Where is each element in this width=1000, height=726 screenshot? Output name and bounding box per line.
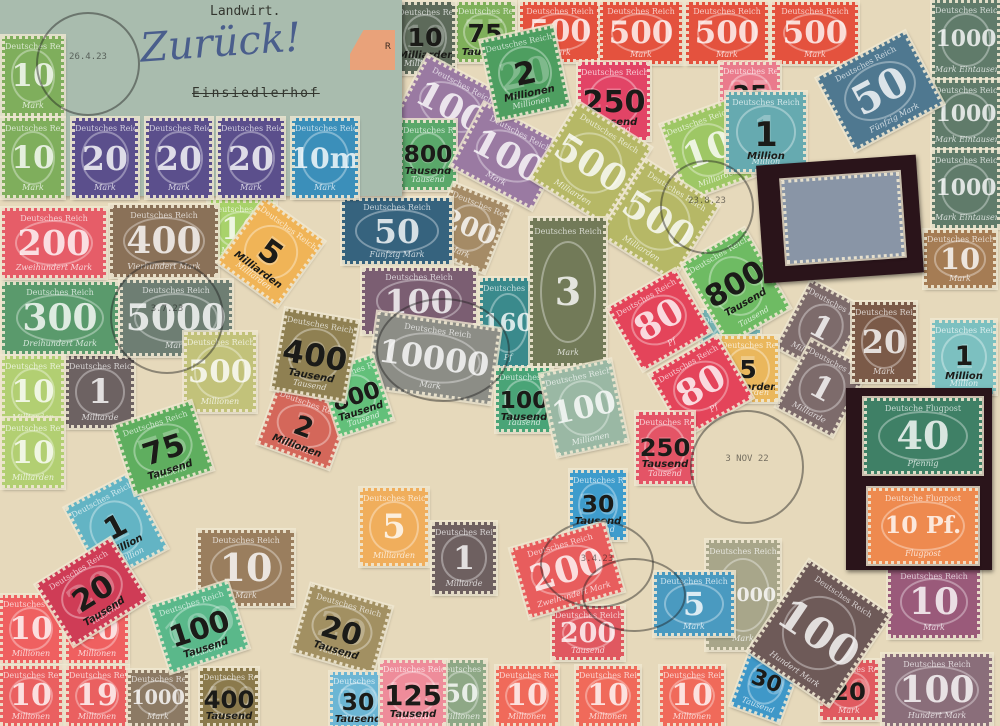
stamp: Deutsches Reich125Tausend125Tausend [380, 660, 446, 726]
stamp-denomination: Millionen [69, 649, 125, 658]
stamp-value: 10 [11, 377, 54, 408]
stamp-denomination: Millionen [499, 712, 555, 721]
stamp-country: Deutsches Reich [187, 338, 253, 347]
stamp-value: 1 [88, 375, 112, 409]
stamp-country: Deutsches Reich [483, 284, 533, 293]
stamp-value: 10 Pf. [885, 514, 961, 538]
stamp-denomination: Vierhundert Mark [113, 262, 215, 271]
struck-address: Einsiedlerhof [192, 86, 320, 101]
stamp: Deutsches Reich100Millionen [540, 359, 628, 456]
stamp-country: Deutsches Reich [113, 211, 215, 220]
stamp: Deutsches Reich200Zweihundert Mark [2, 208, 106, 278]
stamp-denomination: Mark Eintausend [935, 65, 997, 74]
stamp-country: Deutsches Reich [581, 68, 647, 77]
stamp: Deutsches Reich10Millionen [496, 666, 558, 726]
stamp-denomination: Millionen [579, 712, 637, 721]
stamp-value: 1000 [935, 178, 996, 200]
stamp-country: Deutsches Reich [149, 124, 209, 133]
stamp-value: 20 [82, 142, 128, 175]
stamp: Deutsches Reich10Millionen [0, 666, 62, 726]
stamp-value: 10 [11, 61, 54, 92]
stamp: Deutsches Reich1000Mark [128, 670, 188, 726]
stamp-denomination: Mark Eintausend [935, 135, 997, 144]
stamp-denomination: Millionen [3, 712, 59, 721]
stamp-country: Deutsches Reich [721, 341, 775, 350]
stamp-in-mount [781, 172, 905, 264]
stamp: Deutsches Reich10Millionen [660, 666, 724, 726]
surcharge-overprint: 800Tausend [403, 142, 453, 177]
stamp-denomination: Zweihundert Mark [5, 263, 103, 272]
surcharge-overprint: 20Tausend [50, 559, 142, 638]
surcharge-overprint: 30Tausend [333, 690, 383, 725]
stamp: Deutsches Reich100Hundert Mark [882, 654, 992, 726]
stamp: Deutsches Reich19Millionen [66, 666, 128, 726]
stamp-value: 40 [897, 417, 950, 455]
stamp-country: Deutsches Reich [398, 8, 452, 17]
stamp: Deutsches Reich400Vierhundert Mark [110, 205, 218, 277]
surcharge-overprint: 1Million [729, 117, 803, 163]
stamp-value: 500 [695, 18, 760, 49]
stamp-country: Deutsches Reich [295, 124, 355, 133]
stamp-value: 100 [385, 285, 454, 318]
stamp-country: Deutsches Reich [435, 528, 493, 537]
stamp-country: Deutsches Reich [69, 362, 131, 371]
stamp-value: 10 [671, 681, 713, 711]
stamp-country: Deutsches Reich [203, 673, 255, 682]
stamp-country: Deutsches Reich [5, 424, 61, 433]
stamp: Deutsches Reich20Mark [218, 118, 284, 198]
stamp: Deutsches Reich200Zweihundert Mark [510, 522, 624, 618]
stamp: Deutsches Reich1000Mark Eintausend [932, 150, 1000, 228]
stamp: Deutsches Reich10mMark [292, 118, 358, 198]
stamp-denomination: Mark [775, 50, 855, 59]
stamp-country: Deutsches Reich [935, 6, 997, 15]
stamp-denomination: Mark [5, 183, 61, 192]
stamp-value: 50 [374, 215, 420, 248]
stamp-value: 10 [11, 143, 54, 174]
stamp-value: 10 [909, 584, 959, 620]
stamp-value: 10m [292, 144, 358, 172]
stamp: Deutsches Reich10Mark [924, 230, 996, 288]
stamp-denomination: Milliarde [69, 413, 131, 422]
stamp-country: Deutsches Reich [5, 362, 61, 371]
stamp-country: Deutsches Reich [363, 494, 425, 503]
stamp-value: 19 [76, 681, 118, 711]
stamp-country: Deutsches Reich [639, 418, 691, 427]
stamp-denomination: Mark [855, 367, 913, 376]
stamp-denomination: Mark [131, 712, 185, 721]
stamp-country: Deutsches Reich [935, 326, 993, 335]
stamp-denomination: Mark [603, 50, 679, 59]
stamp-country: Deutsches Reich [533, 227, 603, 236]
stamp-denomination: Mark [533, 348, 603, 357]
stamp-country: Deutsches Reich [891, 572, 977, 581]
stamp: Deutsches Reich400Tausend400Tausend [200, 668, 258, 726]
stamp-country: Deutsches Reich [935, 156, 997, 165]
stamp-denomination: Mark Eintausend [935, 213, 997, 222]
stamp-denomination: Millionen [663, 712, 721, 721]
stamp-value: 300 [22, 300, 97, 336]
stamp: Deutsches Reich200Tausend [552, 606, 624, 660]
stamp-denomination: Milliarde [435, 579, 493, 588]
stamp-country: Deutsches Reich [123, 286, 229, 295]
stamp-country: Deutsches Reich [131, 675, 185, 684]
stamp: Deutsches Reich30Tausend30Tausend [330, 672, 386, 726]
stamp-value: 200 [17, 226, 90, 261]
stamp-value: 20 [156, 142, 202, 175]
stamp: Deutsches Reich1000Mark Eintausend [932, 80, 1000, 150]
stamp-value: 5000 [126, 300, 227, 336]
stamp-country: Deutsches Reich [5, 124, 61, 133]
stamp: Deutsches Reich300Dreihundert Mark [2, 282, 118, 354]
stamp: Deutsches Reich500Millionen [184, 332, 256, 412]
stamp-denomination: Mark [221, 183, 281, 192]
surcharge-overprint: 400Tausend [203, 687, 255, 723]
stamp-denomination: Millionen [3, 649, 59, 658]
surcharge-overprint: 100Tausend [499, 388, 549, 423]
stamp-country: Deutsche Flugpost [871, 494, 975, 503]
stamp-country: Deutsches Reich [221, 124, 281, 133]
stamp-denomination: Milliarden [5, 473, 61, 482]
stamp: Deutsches Reich20Mark [146, 118, 212, 198]
stamp-denomination: Mark [657, 622, 731, 631]
stamp-value: 10000 [377, 334, 492, 381]
stamp-value: 1 [453, 542, 475, 574]
stamp-value: 50 [444, 681, 479, 706]
stamp: Deutsches Reich20Tausend20Tausend [292, 584, 392, 674]
stamp-value: 100 [899, 672, 974, 708]
stamp-denomination: Milliarden [363, 551, 425, 560]
stamp-collage: Landwirt. Zurück! Einsiedlerhof R Deutsc… [0, 0, 1000, 726]
stamp-denomination: Millionen [187, 397, 253, 406]
stamp-country: Deutsches Reich [885, 660, 989, 669]
stamp-value: 5 [683, 588, 705, 620]
stamp: Deutsches Reich1Milliarde [432, 522, 496, 594]
stamp-denomination: Pfennig [867, 459, 979, 468]
stamp: Deutsches Reich1Milliarde [66, 356, 134, 428]
stamp-denomination: Mark [891, 623, 977, 632]
stamp: Deutsches Reich20Mark [72, 118, 138, 198]
stamp: Deutsches Reich500Mark [772, 2, 858, 64]
stamp-value: 5 [382, 510, 406, 544]
stamp: Deutsches Reich400Tausend400Tausend [271, 308, 358, 402]
stamp-country: Deutsche Flugpost [867, 404, 979, 413]
stamp-country: Deutsches Reich [935, 86, 997, 95]
surcharge-overprint: 10Milliarden [398, 25, 452, 62]
stamp: Deutsche Flugpost40Pfennig [864, 398, 982, 474]
stamp: Deutsches Reich50Fünfzig Mark [342, 198, 452, 264]
stamp-value: 400 [126, 223, 201, 259]
stamp-denomination: Fünfzig Mark [345, 250, 449, 259]
stamp-value: 1000 [131, 688, 185, 707]
stamp-denomination: Hundert Mark [885, 711, 989, 720]
stamp: Deutsches Reich250Tausend250Tausend [636, 412, 694, 484]
stamp: Deutsches Reich20Mark [852, 302, 916, 382]
surcharge-overprint: 30Tausend [573, 492, 623, 527]
surcharge-overprint: 250Tausend [639, 435, 691, 471]
stamp-value: 10 [587, 681, 629, 711]
stamp-value: 100 [549, 386, 619, 430]
handwritten-note: Zurück! [139, 14, 303, 71]
stamp-country: Deutsches Reich [5, 42, 61, 51]
stamp: Deutsches Reich500Mark [600, 2, 682, 64]
stamp: Deutsches Reich1Million1Million [932, 320, 996, 394]
stamp-value: 10 [10, 681, 52, 711]
stamp-value: 10 [506, 681, 548, 711]
stamp-value: 500 [188, 357, 253, 388]
stamp: Deutsches Reich10Milliarden [2, 418, 64, 488]
stamp-country: Deutsches Reich [709, 547, 777, 556]
stamp: Deutsches Reich5Mark [654, 572, 734, 636]
stamp: Deutsche Flugpost10 Pf.Flugpost [868, 488, 978, 564]
stamp: Deutsches Reich10000Mark [367, 312, 500, 405]
stamp: Deutsches Reich500Mark [686, 2, 768, 64]
stamp: Deutsches Reich10Mark [2, 36, 64, 116]
stamp-country: Deutsches Reich [5, 214, 103, 223]
stamp-country: Deutsches Reich [573, 476, 623, 485]
stamp-value: 3 [555, 273, 581, 311]
stamp-denomination: Dreihundert Mark [5, 339, 115, 348]
postmark-cancellation: 3 NOV 22 [690, 410, 804, 524]
stamp-country: Deutsches Reich [403, 126, 453, 135]
surcharge-overprint: 125Tausend [383, 681, 443, 721]
stamp: Deutsches Reich5Milliarden [360, 488, 428, 566]
stamp-denomination: Millionen [69, 712, 125, 721]
stamp-value: 10 [940, 245, 980, 274]
stamp-country: Deutsches Reich [729, 98, 803, 107]
stamp-denomination: Mark [149, 183, 209, 192]
stamp-value: 500 [783, 18, 848, 49]
stamp-value: 1000 [935, 104, 996, 126]
stamp: Deutsches Reich10Millionen [576, 666, 640, 726]
stamp: Deutsches Reich1Million1Million [726, 92, 806, 172]
stamp-value: 20 [228, 142, 274, 175]
stamp: Deutsches Reich800Tausend800Tausend [400, 120, 456, 190]
stamp-country: Deutsches Reich [201, 536, 291, 545]
surcharge-overprint: 1Million [935, 343, 993, 382]
stamp-denomination: Mark [295, 183, 355, 192]
stamp-denomination: Mark [689, 50, 765, 59]
stamp: Deutsches Reich10Mark [2, 118, 64, 198]
stamp-denomination: Mark [5, 101, 61, 110]
stamp-value: 10 [11, 438, 54, 469]
stamp-country: Deutsches Reich [75, 124, 135, 133]
stamp-country: Deutsches Reich [5, 288, 115, 297]
stamp-value: 20 [862, 326, 907, 358]
stamp-value: 200 [560, 620, 616, 647]
stamp-denomination: Mark [75, 183, 135, 192]
stamp-value: 1000 [935, 29, 996, 51]
stamp-denomination: Mark [823, 706, 875, 715]
stamp: Deutsches Reich1000Mark Eintausend [932, 0, 1000, 80]
stamp-value: 500 [609, 18, 674, 49]
stamp-country: Deutsches Reich [855, 308, 913, 317]
stamp-value: 10 [9, 614, 52, 645]
stamp: Deutsches Reich3Mark [530, 218, 606, 366]
postmark-text: 3 NOV 22 [692, 454, 802, 464]
stamp-denomination: Flugpost [871, 549, 975, 558]
stamp: Deutsches Reich10Mark [888, 566, 980, 638]
stamp-country: Deutsches Reich [383, 665, 443, 674]
